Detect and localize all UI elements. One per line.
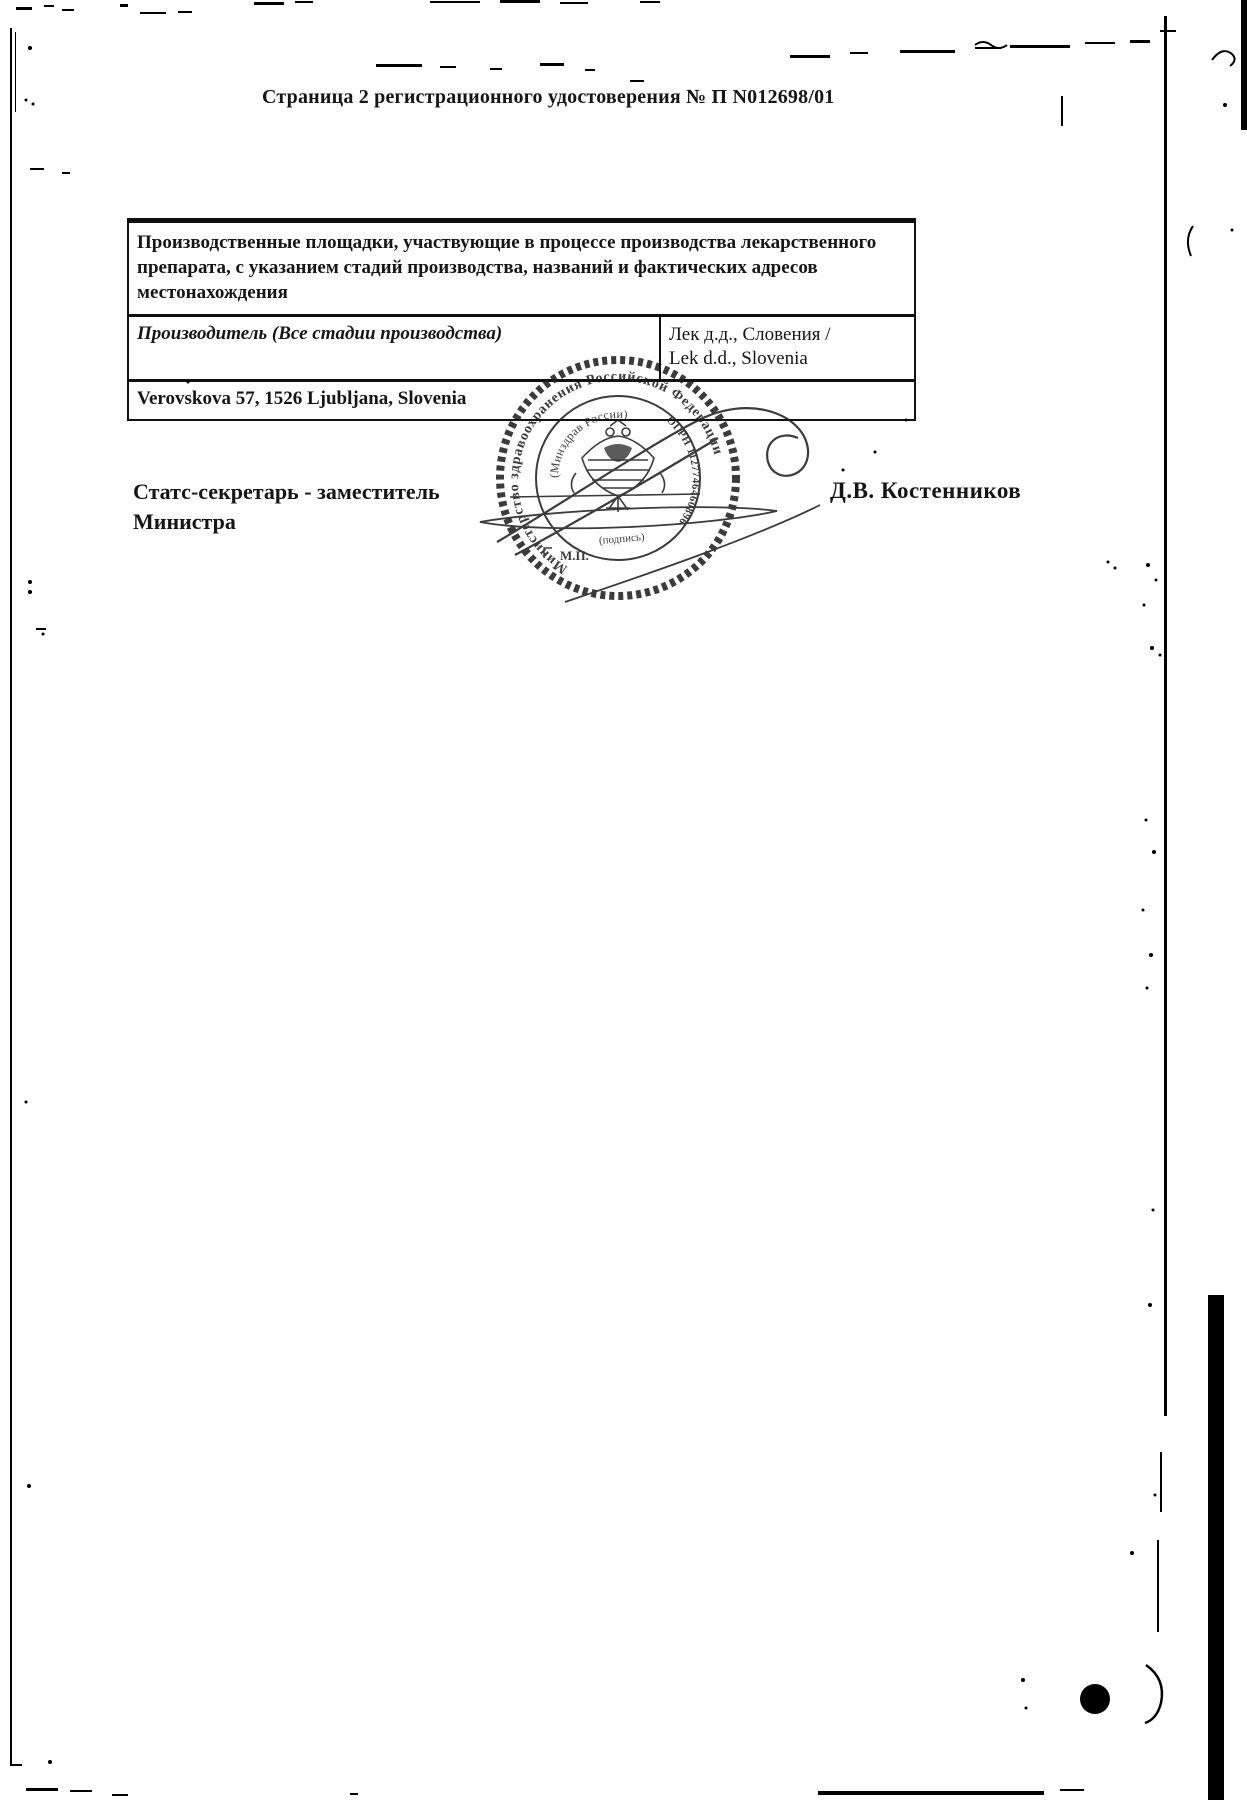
scan-curl-mark [1145, 1665, 1162, 1723]
scanned-certificate-page: Страница 2 регистрационного удостоверени… [0, 0, 1247, 1800]
signatory-title-line2: Министра [133, 507, 513, 537]
svg-text:ОГРН 1127746460896: ОГРН 1127746460896 [664, 414, 702, 527]
page-title: Страница 2 регистрационного удостоверени… [262, 86, 842, 109]
ministry-round-stamp: Министерство здравоохранения Российской … [460, 330, 860, 640]
scan-black-dot [1080, 1684, 1110, 1714]
stamp-signature-label: (подпись) [598, 531, 645, 547]
table-header-cell: Производственные площадки, участвующие в… [129, 223, 914, 314]
stamp-ogrn-text: ОГРН 1127746460896 [664, 414, 702, 527]
signatory-title-line1: Статс-секретарь - заместитель [133, 477, 513, 507]
stamp-seal-label: М.П. [560, 548, 589, 563]
signatory-title: Статс-секретарь - заместитель Министра [133, 477, 513, 537]
